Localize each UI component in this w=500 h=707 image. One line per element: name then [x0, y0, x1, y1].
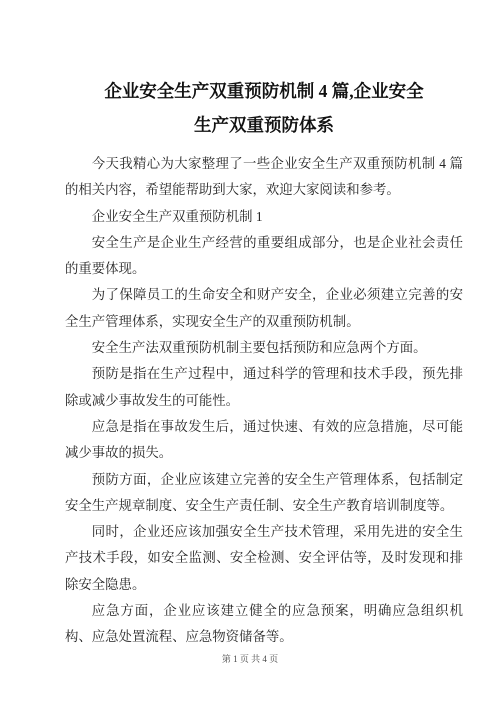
- page-number: 第 1 页 共 4 页: [222, 654, 278, 664]
- paragraph: 预防是指在生产过程中，通过科学的管理和技术手段，预先排除或减少事故发生的可能性。: [65, 361, 463, 414]
- title-line-1: 企业安全生产双重预防机制 4 篇,企业安全: [65, 74, 463, 108]
- page-footer: 第 1 页 共 4 页: [0, 653, 500, 665]
- section-heading: 企业安全生产双重预防机制 1: [65, 204, 463, 230]
- paragraph: 应急是指在事故发生后，通过快速、有效的应急措施，尽可能减少事故的损失。: [65, 414, 463, 467]
- title-line-2: 生产双重预防体系: [65, 108, 463, 142]
- paragraph: 同时，企业还应该加强安全生产技术管理，采用先进的安全生产技术手段，如安全监测、安…: [65, 519, 463, 598]
- paragraph: 预防方面，企业应该建立完善的安全生产管理体系，包括制定安全生产规章制度、安全生产…: [65, 467, 463, 520]
- document-body: 今天我精心为大家整理了一些企业安全生产双重预防机制 4 篇的相关内容，希望能帮助…: [65, 151, 463, 651]
- paragraph: 安全生产是企业生产经营的重要组成部分，也是企业社会责任的重要体现。: [65, 230, 463, 283]
- paragraph: 应急方面，企业应该建立健全的应急预案，明确应急组织机构、应急处置流程、应急物资储…: [65, 598, 463, 651]
- document-title: 企业安全生产双重预防机制 4 篇,企业安全 生产双重预防体系: [65, 0, 463, 142]
- paragraph: 为了保障员工的生命安全和财产安全，企业必须建立完善的安全生产管理体系，实现安全生…: [65, 282, 463, 335]
- paragraph-intro: 今天我精心为大家整理了一些企业安全生产双重预防机制 4 篇的相关内容，希望能帮助…: [65, 151, 463, 204]
- document-page: 企业安全生产双重预防机制 4 篇,企业安全 生产双重预防体系 今天我精心为大家整…: [0, 0, 500, 707]
- paragraph: 安全生产法双重预防机制主要包括预防和应急两个方面。: [65, 335, 463, 361]
